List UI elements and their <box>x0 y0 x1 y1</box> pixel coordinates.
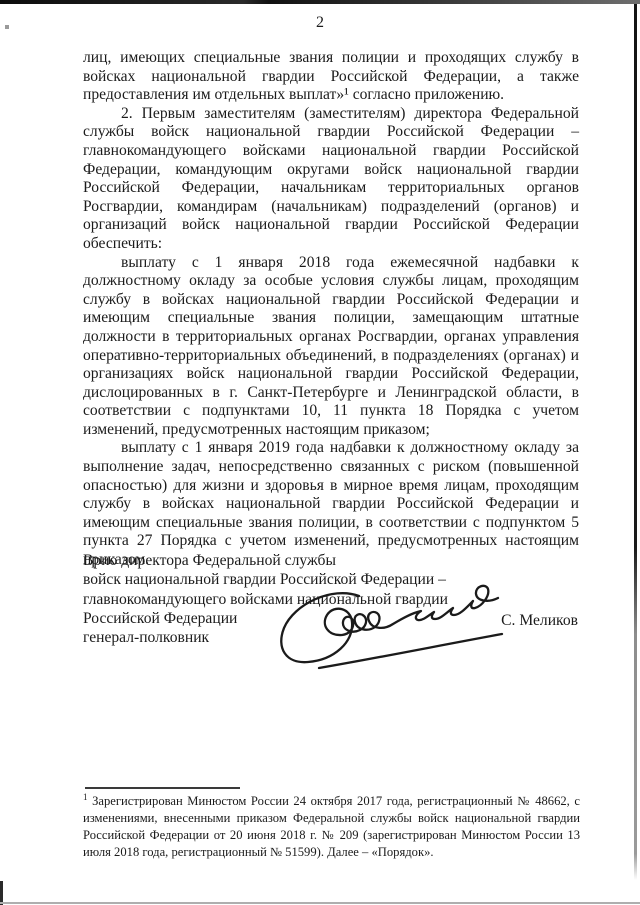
body-paragraph: выплату с 1 января 2018 года ежемесячной… <box>83 254 579 440</box>
body-paragraph: лиц, имеющих специальные звания полиции … <box>83 49 579 105</box>
signatory-name: С. Меликов <box>450 612 578 630</box>
footnote-marker: 1 <box>83 792 88 802</box>
body-paragraph: 2. Первым заместителям (заместителям) ди… <box>83 105 579 254</box>
scan-edge-top <box>0 0 640 4</box>
footnote-text: 1 Зарегистрирован Минюстом России 24 окт… <box>83 793 580 861</box>
document-page: 2 лиц, имеющих специальные звания полици… <box>0 0 640 905</box>
document-body: лиц, имеющих специальные звания полиции … <box>83 49 579 570</box>
signature-title-line: Врио директора Федеральной службы <box>83 551 423 570</box>
footnote-separator <box>85 787 240 789</box>
page-number: 2 <box>0 14 640 32</box>
scan-edge-bottom <box>0 902 640 904</box>
scan-edge-right <box>634 4 637 880</box>
